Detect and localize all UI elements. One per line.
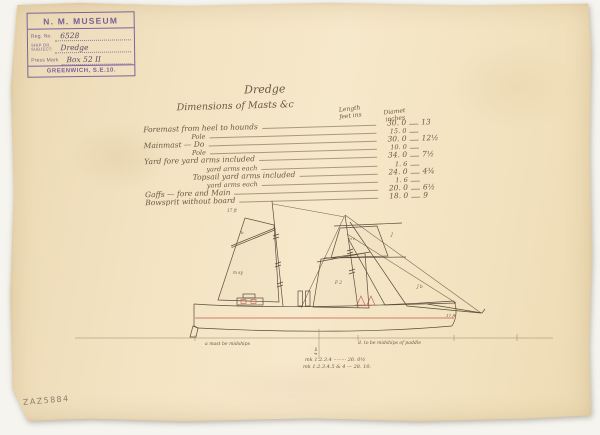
sail-plan-drawing: 17 ft b m sy m t J F 2 J b 17 ft a mast … (55, 196, 570, 396)
leader-line (411, 172, 420, 173)
row-diameter: 7½ (422, 149, 446, 159)
hull-bottom (198, 326, 452, 331)
stamp-reg-label: Reg. No. (31, 35, 52, 42)
museum-stamp: N. M. MUSEUM Reg. No. 6528 SHIP OR SUBJE… (27, 11, 136, 77)
note-measurement-1: mk 1.2.3.4 ········ 26. 0½ (305, 356, 365, 363)
stamp-pressmark-label: Press Mark (31, 59, 58, 66)
note-right: d. to be midships of paddle (358, 340, 421, 346)
manuscript-title: Dredge (244, 82, 286, 96)
leader-line (409, 132, 418, 133)
dimensions-table: Foremast from heel to hounds30. 013 Pole… (143, 118, 447, 207)
mainsail-shape (218, 218, 279, 302)
fore-topsail-yard (334, 223, 402, 226)
label-topsail: m t (348, 236, 355, 241)
spring-stay (273, 204, 345, 217)
note-left: a mast be midships (205, 341, 251, 347)
leader-line (411, 188, 420, 189)
leader-line (410, 156, 419, 157)
label-jib-topsail: J (390, 232, 394, 238)
stamp-subject-label: SHIP OR SUBJECT: (31, 43, 53, 53)
museum-plan-scan: { "stamp": { "museum": "N. M. MUSEUM", "… (0, 0, 600, 435)
paper-stain (449, 42, 579, 132)
leader-line (410, 148, 419, 149)
label-masthead: 17 ft (227, 208, 237, 213)
label-foresail: F 2 (334, 280, 342, 285)
label-mainsail: m sy (233, 270, 243, 275)
note-midships-mark: 4 in (313, 347, 318, 356)
row-diameter: 12½ (421, 133, 445, 143)
stamp-pressmark-row: Press Mark Box 52 II (28, 52, 134, 65)
station-ticks (195, 334, 517, 341)
label-bowsprit: 17 ft (446, 313, 456, 318)
leader-line (410, 164, 419, 165)
stamp-subject-row: SHIP OR SUBJECT: Dredge (28, 40, 134, 53)
row-diameter: 13 (421, 117, 445, 127)
leader-line (410, 140, 419, 141)
hull-stern-post (194, 304, 198, 328)
stamp-museum-title: N. M. MUSEUM (28, 12, 134, 29)
leader-line (411, 180, 420, 181)
stamp-pressmark-value: Box 52 II (61, 54, 131, 65)
leader-line (409, 124, 418, 125)
stamp-reg-row: Reg. No. 6528 (28, 28, 134, 41)
column-header-length: Length feet ins (338, 105, 362, 121)
note-measurement-2: mk 1.2.3.4.5 & 4 — 28. 10. (303, 364, 372, 370)
rudder (190, 326, 198, 337)
stamp-reg-value: 6528 (55, 30, 131, 41)
funnel (298, 291, 303, 306)
stamp-greenwich-line: GREENWICH, S.E.10. (28, 64, 134, 76)
label-gaff: b (241, 230, 244, 235)
label-jib: J b (416, 284, 423, 289)
row-diameter: 4¾ (422, 165, 446, 175)
stamp-subject-value: Dredge (55, 42, 131, 53)
